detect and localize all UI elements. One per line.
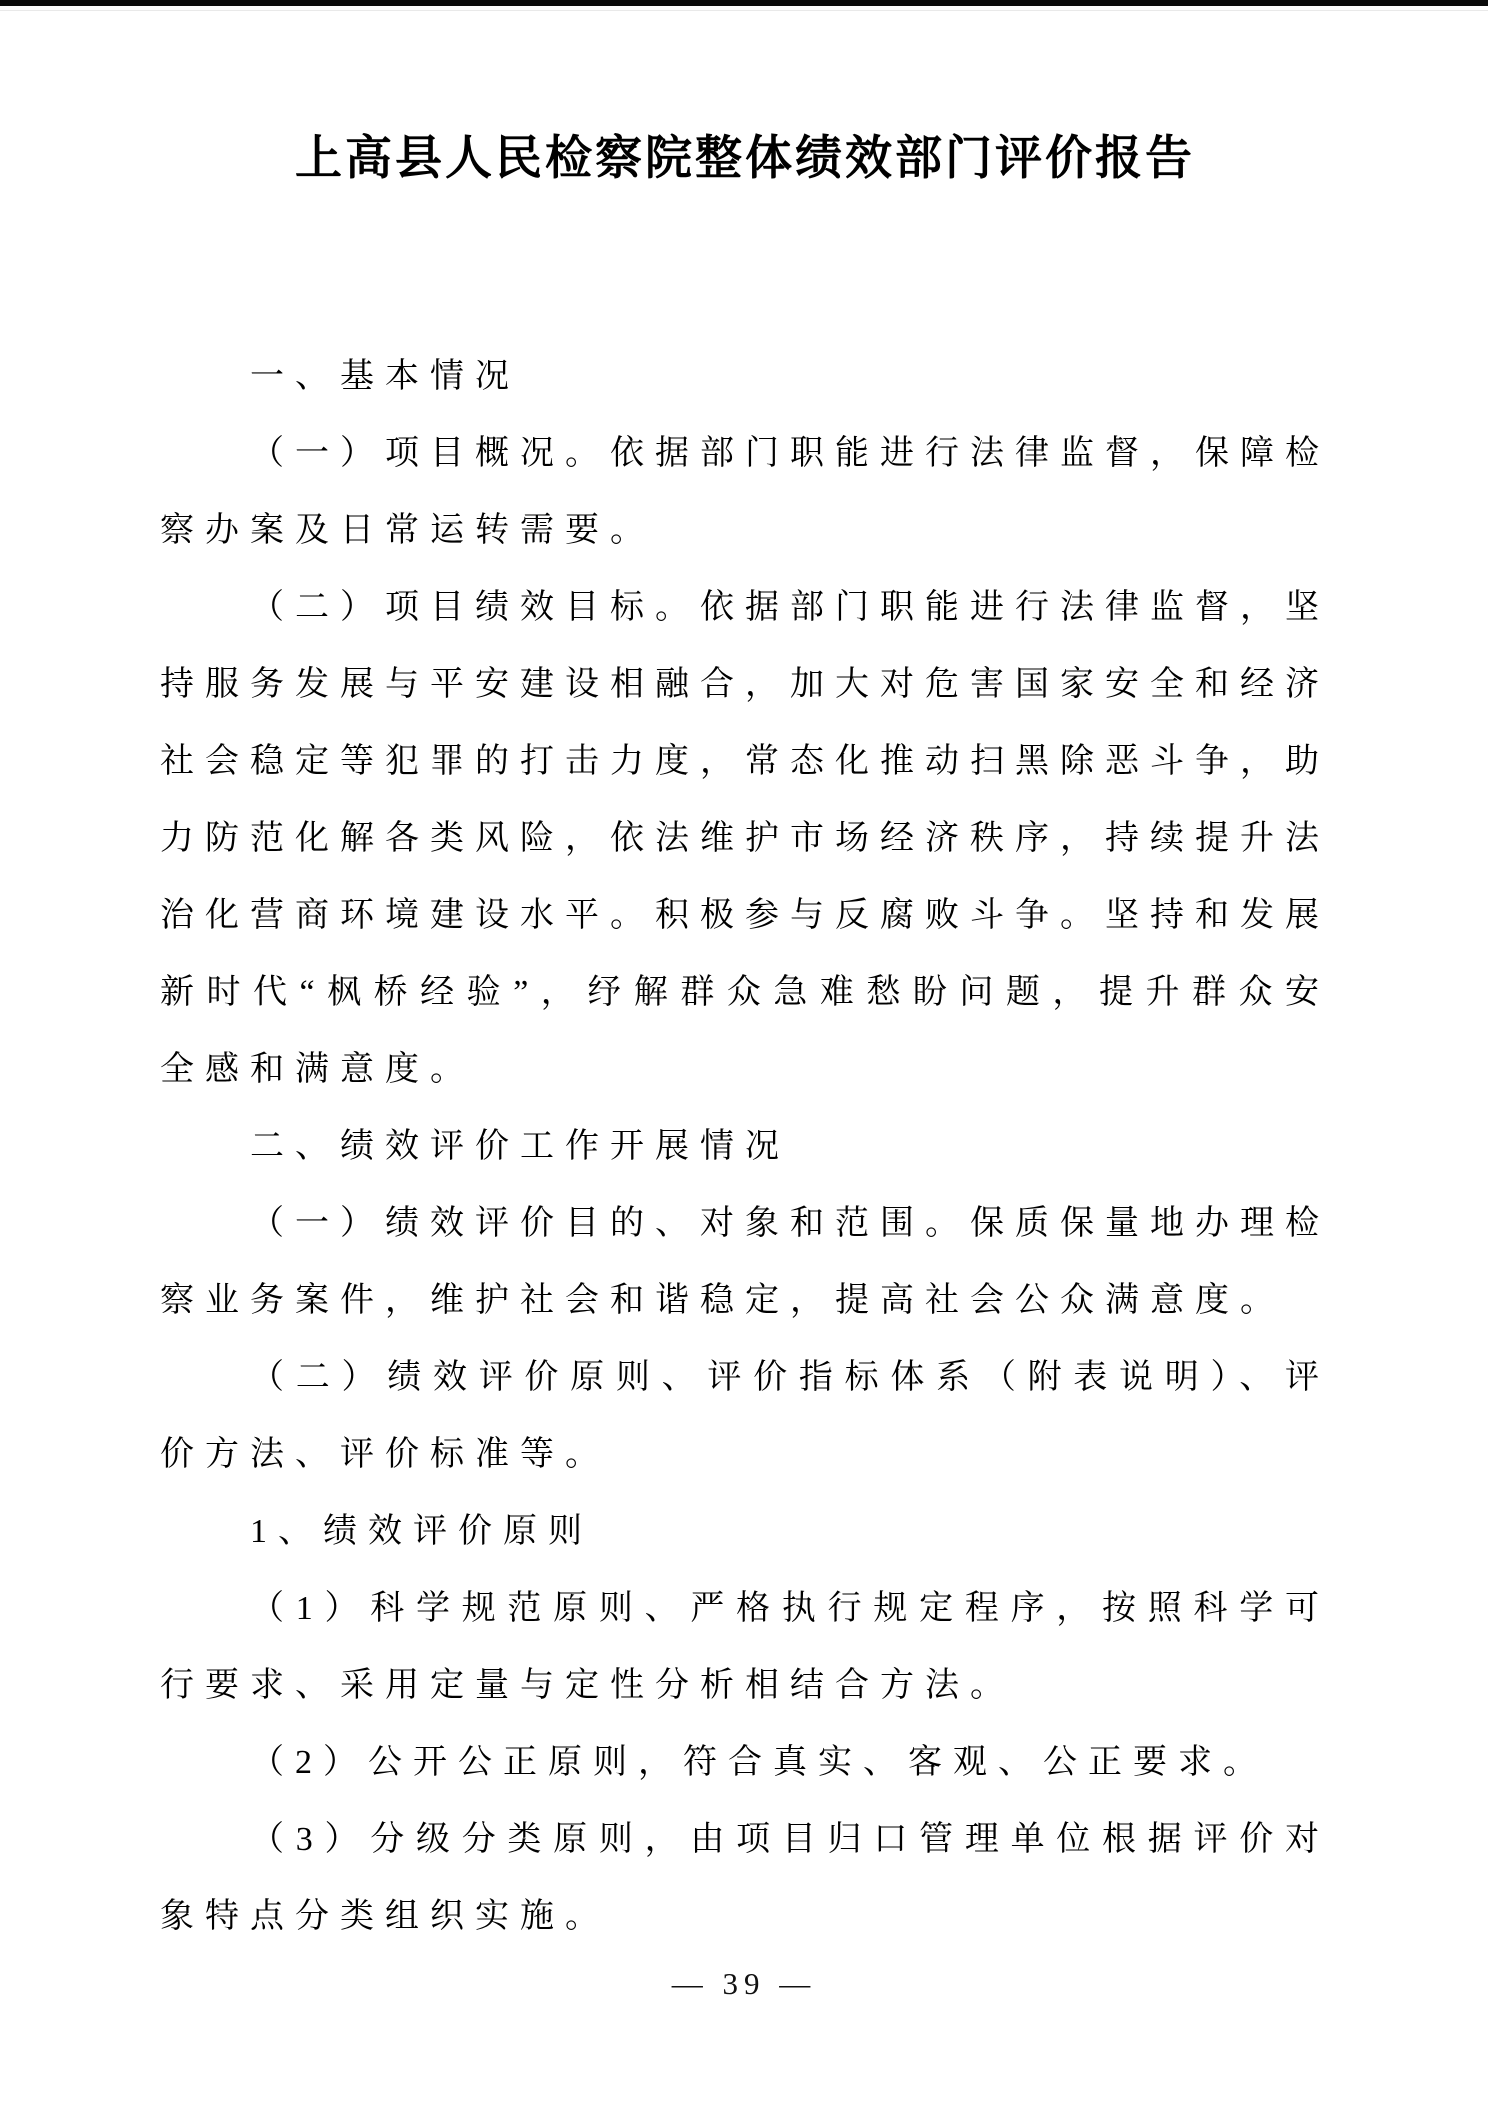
document-body: 一、基本情况 （一）项目概况。依据部门职能进行法律监督，保障检察办案及日常运转需… [160, 338, 1330, 1955]
page-number: — 39 — [0, 1966, 1488, 2002]
document-title: 上高县人民检察院整体绩效部门评价报告 [160, 0, 1330, 192]
paragraph-evaluation-principles-system: （二）绩效评价原则、评价指标体系（附表说明）、评价方法、评价标准等。 [160, 1339, 1330, 1493]
sub-heading-evaluation-principles: 1、绩效评价原则 [160, 1493, 1330, 1570]
paragraph-principle-scientific: （1）科学规范原则、严格执行规定程序，按照科学可行要求、采用定量与定性分析相结合… [160, 1570, 1330, 1724]
paragraph-project-performance-goals: （二）项目绩效目标。依据部门职能进行法律监督，坚持服务发展与平安建设相融合，加大… [160, 569, 1330, 1108]
paragraph-principle-classified: （3）分级分类原则，由项目归口管理单位根据评价对象特点分类组织实施。 [160, 1801, 1330, 1955]
page-content: 上高县人民检察院整体绩效部门评价报告 一、基本情况 （一）项目概况。依据部门职能… [160, 0, 1330, 1955]
section-heading-evaluation-work: 二、绩效评价工作开展情况 [160, 1108, 1330, 1185]
paragraph-evaluation-purpose-scope: （一）绩效评价目的、对象和范围。保质保量地办理检察业务案件，维护社会和谐稳定，提… [160, 1185, 1330, 1339]
document-page: 上高县人民检察院整体绩效部门评价报告 一、基本情况 （一）项目概况。依据部门职能… [0, 0, 1488, 2104]
paragraph-project-overview: （一）项目概况。依据部门职能进行法律监督，保障检察办案及日常运转需要。 [160, 415, 1330, 569]
paragraph-principle-open-fair: （2）公开公正原则，符合真实、客观、公正要求。 [160, 1724, 1330, 1801]
section-heading-basic-situation: 一、基本情况 [160, 338, 1330, 415]
